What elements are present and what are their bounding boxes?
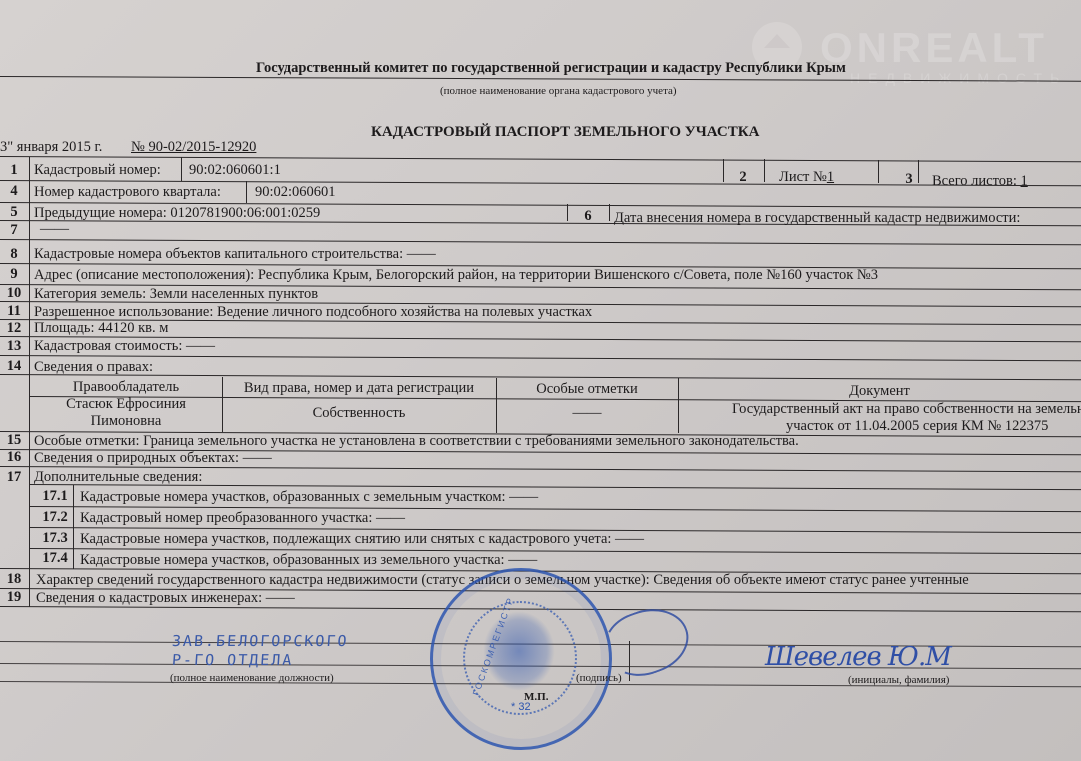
cadastral-quarter-value: 90:02:060601 — [255, 184, 336, 200]
rights-header-notes: Особые отметки — [496, 381, 678, 397]
sub-17-2: Кадастровый номер преобразованного участ… — [80, 510, 405, 526]
organization-name: Государственный комитет по государственн… — [256, 60, 846, 76]
row-number-4: 4 — [3, 183, 25, 199]
row-number-19: 19 — [3, 589, 25, 605]
row-number-10: 10 — [3, 285, 25, 301]
address: Адрес (описание местоположения): Республ… — [34, 267, 878, 283]
row-number-17: 17 — [3, 469, 25, 485]
area: Площадь: 44120 кв. м — [34, 320, 168, 336]
previous-numbers: Предыдущие номера: 0120781900:06:001:025… — [34, 205, 320, 221]
position-caption: (полное наименование должности) — [170, 670, 334, 686]
row-number-13: 13 — [3, 338, 25, 354]
name-caption: (инициалы, фамилия) — [848, 672, 949, 688]
official-seal: ГОСКОМРЕГИСТР * 32 — [430, 568, 612, 750]
row-number-17-3: 17.3 — [40, 530, 70, 546]
signature-caption: (подпись) — [576, 670, 622, 686]
rights-document-line1: Государственный акт на право собственнос… — [732, 401, 1081, 417]
capital-construction-numbers: Кадастровые номера объектов капитального… — [34, 246, 436, 262]
land-category: Категория земель: Земли населенных пункт… — [34, 286, 318, 302]
name-signature: Шевелев Ю.М — [765, 642, 951, 672]
row-number-3: 3 — [898, 171, 920, 187]
rights-header-document: Документ — [678, 383, 1081, 399]
row-number-17-4: 17.4 — [40, 550, 70, 566]
rights-holder-line2: Пимоновна — [30, 413, 222, 429]
permitted-use: Разрешенное использование: Ведение лично… — [34, 304, 592, 320]
row-number-2: 2 — [732, 169, 754, 185]
position-stamp-line1: ЗАВ.БЕЛОГОРСКОГО — [171, 632, 349, 650]
rights-header-holder: Правообладатель — [30, 379, 222, 395]
cadastral-number-value: 90:02:060601:1 — [189, 162, 281, 178]
sub-17-4: Кадастровые номера участков, образованны… — [80, 552, 537, 568]
additional-info-label: Дополнительные сведения: — [34, 469, 202, 485]
special-notes: Особые отметки: Граница земельного участ… — [34, 433, 799, 449]
rights-header-type: Вид права, номер и дата регистрации — [222, 380, 496, 396]
registration-date-label: Дата внесения номера в государственный к… — [614, 210, 1020, 226]
row-number-14: 14 — [3, 358, 25, 374]
row-number-11: 11 — [3, 303, 25, 319]
document-number: № 90-02/2015-12920 — [131, 139, 256, 155]
rights-document-line2: участок от 11.04.2005 серия КМ № 122375 — [786, 418, 1048, 434]
row-number-12: 12 — [3, 320, 25, 336]
row-7-value: —— — [40, 221, 69, 237]
watermark-subtitle: НЕДВИЖИМОСТЬ — [850, 70, 1067, 86]
row-number-15: 15 — [3, 432, 25, 448]
rights-type: Собственность — [222, 405, 496, 421]
cadastral-value: Кадастровая стоимость: —— — [34, 338, 215, 354]
seal-caption: М.П. — [524, 689, 548, 705]
row-number-6: 6 — [577, 208, 599, 224]
row-number-8: 8 — [3, 246, 25, 262]
rights-info-label: Сведения о правах: — [34, 359, 153, 375]
watermark-brand: ONREALT — [820, 24, 1048, 72]
sheet-number: Лист №1 — [779, 169, 834, 185]
row-number-9: 9 — [3, 266, 25, 282]
row-number-7: 7 — [3, 222, 25, 238]
cadastral-number-label: Кадастровый номер: — [34, 162, 161, 178]
cadastral-quarter-label: Номер кадастрового квартала: — [34, 184, 221, 200]
row-number-5: 5 — [3, 204, 25, 220]
row-number-17-2: 17.2 — [40, 509, 70, 525]
row-number-1: 1 — [3, 162, 25, 178]
position-stamp-line2: Р-ГО ОТДЕЛА — [171, 651, 294, 669]
rights-notes: —— — [496, 405, 678, 421]
row-number-17-1: 17.1 — [40, 488, 70, 504]
sub-17-1: Кадастровые номера участков, образованны… — [80, 489, 538, 505]
cadastral-engineers: Сведения о кадастровых инженерах: —— — [36, 590, 295, 606]
document-date: 3" января 2015 г. — [0, 139, 102, 155]
natural-objects: Сведения о природных объектах: —— — [34, 450, 272, 466]
row-number-18: 18 — [3, 571, 25, 587]
document-title: КАДАСТРОВЫЙ ПАСПОРТ ЗЕМЕЛЬНОГО УЧАСТКА — [371, 124, 759, 140]
rights-holder-line1: Стасюк Ефросиния — [30, 396, 222, 412]
organization-caption: (полное наименование органа кадастрового… — [440, 83, 677, 99]
row-number-16: 16 — [3, 449, 25, 465]
sub-17-3: Кадастровые номера участков, подлежащих … — [80, 531, 644, 547]
total-sheets: Всего листов: 1 — [932, 173, 1028, 189]
